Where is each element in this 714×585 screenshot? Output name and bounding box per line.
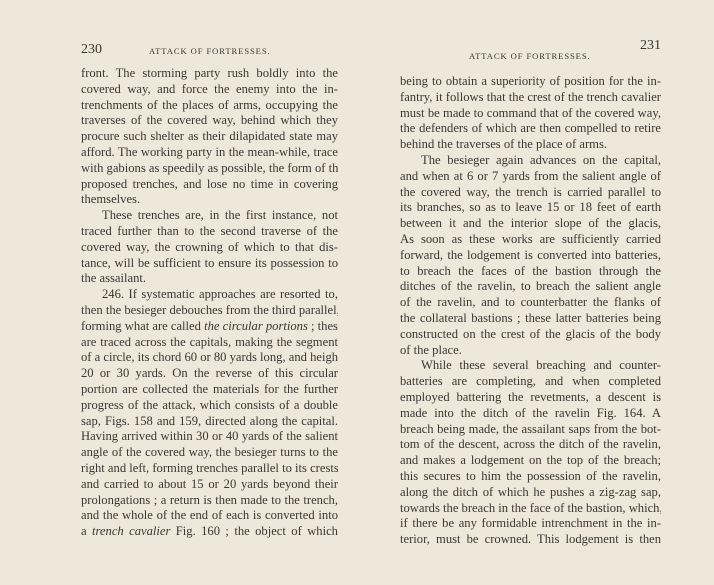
text-line: fantry, it follows that the crest of the… [400,90,661,106]
text-line: the covered way, the trench is carried p… [400,185,661,201]
text-line: and carried to about 15 or 20 yards beyo… [81,477,338,493]
text-line: of a circle, its chord 60 or 80 yards lo… [81,350,338,366]
text-line: and the whole of the end of each is conv… [81,508,338,524]
right-page-header: ATTACK OF FORTRESSES. 231 [400,42,661,58]
text-line: towards the breach in the face of the ba… [400,501,661,517]
text-line: 246. If systematic approaches are resort… [81,287,338,303]
text-line: breach being made, the assailant saps fr… [400,422,661,438]
running-head: ATTACK OF FORTRESSES. [149,43,271,59]
text-line: angle of the covered way, the besieger t… [81,445,338,461]
text-line: sap, Figs. 158 and 159, directed along t… [81,414,338,430]
text-line: a trench cavalier Fig. 160 ; the object … [81,524,338,540]
page-number: 231 [640,38,661,54]
text-run: Fig. 160 ; the object of which [170,524,338,538]
text-line: constructed on the crest of the glacis o… [400,327,661,343]
text-line: tom of the descent, across the ditch of … [400,437,661,453]
running-head: ATTACK OF FORTRESSES. [469,48,591,64]
italic-term: trench cavalier [92,524,170,538]
left-page-header: 230 ATTACK OF FORTRESSES. [81,42,338,58]
text-line: proposed trenches, and lose no time in c… [81,177,338,193]
text-line: trenchments of the places of arms, occup… [81,98,338,114]
text-line: the defenders of which are then compelle… [400,121,661,137]
text-run: a [81,524,92,538]
text-line: covered way, and force the enemy into th… [81,82,338,98]
text-line: These trenches are, in the first instanc… [81,208,338,224]
text-line: of the ravelin, and to counterbatter the… [400,295,661,311]
text-line: with gabions as speedily as possible, th… [81,161,338,177]
text-run: forming what are called [81,319,204,333]
text-run: ; these [308,319,338,333]
text-line: its branches, so as to leave 15 or 18 fe… [400,200,661,216]
right-page-body: being to obtain a superiority of positio… [400,74,661,548]
text-line: between it and the interior slope of the… [400,216,661,232]
text-line: forward, the lodgement is converted into… [400,248,661,264]
text-line: covered way, the crowning of which to th… [81,240,338,256]
text-line: While these several breaching and counte… [400,358,661,374]
text-line: portion are collected the materials for … [81,382,338,398]
text-line: Having arrived within 30 or 40 yards of … [81,429,338,445]
text-line: traverses of the covered way, behind whi… [81,113,338,129]
text-line: the collateral bastions ; these latter b… [400,311,661,327]
left-page-body: front. The storming party rush boldly in… [81,66,338,540]
text-line: afford. The working party in the mean-wh… [81,145,338,161]
text-line: to breach the faces of the bastion throu… [400,264,661,280]
text-line: the assailant. [81,271,338,287]
text-line: progress of the attack, which consists o… [81,398,338,414]
text-line: procure such shelter as their dilapidate… [81,129,338,145]
text-line: employed battering the revetments, a des… [400,390,661,406]
text-line: made into the ditch of the ravelin Fig. … [400,406,661,422]
text-line: batteries are completing, and when compl… [400,374,661,390]
text-line: The besieger again advances on the capit… [400,153,661,169]
text-line: themselves. [81,192,338,208]
text-line: if there be any formidable intrenchment … [400,516,661,532]
text-line: and when at 6 or 7 yards from the salien… [400,169,661,185]
text-line: front. The storming party rush boldly in… [81,66,338,82]
text-line: ditches of the ravelin, to breach the sa… [400,279,661,295]
text-line: tance, will be sufficient to ensure its … [81,256,338,272]
text-line: being to obtain a superiority of positio… [400,74,661,90]
text-line: and makes a lodgement on the top of the … [400,453,661,469]
text-line: terior, must be crowned. This lodgement … [400,532,661,548]
text-line: of the place. [400,343,661,359]
text-line: behind the traverses of the place of arm… [400,137,661,153]
page-number: 230 [81,42,102,58]
text-line: along the ditch of which he pushes a zig… [400,485,661,501]
text-line: forming what are called the circular por… [81,319,338,335]
text-line: right and left, forming trenches paralle… [81,461,338,477]
italic-term: the circular portions [204,319,308,333]
text-line: As soon as these works are sufficiently … [400,232,661,248]
text-line: must be made to command that of the cove… [400,106,661,122]
text-line: this secures to him the possession of th… [400,469,661,485]
text-line: 20 or 30 yards. On the reverse of this c… [81,366,338,382]
text-line: are traced across the capitals, making t… [81,335,338,351]
text-line: prolongations ; a return is then made to… [81,493,338,509]
text-line: then the besieger debouches from the thi… [81,303,338,319]
text-line: traced further than to the second traver… [81,224,338,240]
